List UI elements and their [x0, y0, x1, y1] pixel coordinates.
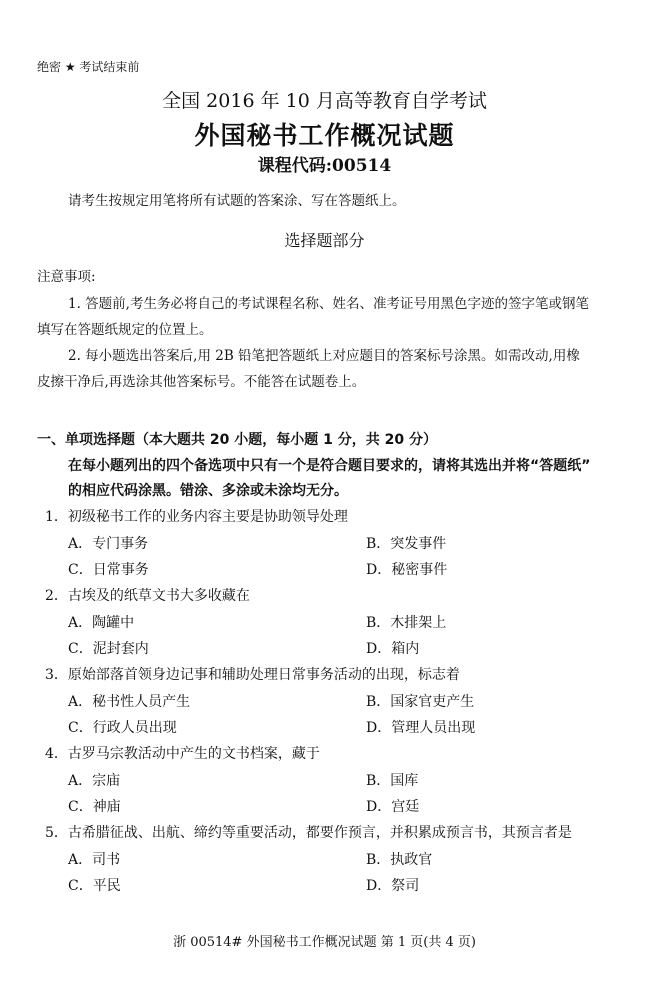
- option-c: C．平民: [68, 875, 121, 895]
- part-one-description: 在每小题列出的四个备选项中只有一个是符合题目要求的，请将其选出并将“答题纸”: [68, 455, 590, 475]
- question-stem: 5．古希腊征战、出航、缔约等重要活动，都要作预言，并积累成预言书，其预言者是: [45, 822, 572, 842]
- notice-line: 1. 答题前,考生务必将自己的考试课程名称、姓名、准考证号用黑色字迹的签字笔或钢…: [68, 292, 589, 312]
- question-stem: 2．古埃及的纸草文书大多收藏在: [45, 585, 250, 605]
- section-heading: 选择题部分: [0, 228, 649, 251]
- question-stem: 4．古罗马宗教活动中产生的文书档案，藏于: [45, 743, 320, 763]
- option-a: A．陶罐中: [68, 612, 134, 632]
- option-d: D．宫廷: [366, 796, 419, 816]
- option-b: B．国家官吏产生: [366, 691, 474, 711]
- option-a: A．宗庙: [68, 770, 120, 790]
- notice-line: 2. 每小题选出答案后,用 2B 铅笔把答题纸上对应题目的答案标号涂黑。如需改动…: [68, 344, 580, 364]
- notice-line: 皮擦干净后,再选涂其他答案标号。不能答在试题卷上。: [37, 370, 365, 390]
- part-one-description: 的相应代码涂黑。错涂、多涂或未涂均无分。: [68, 480, 348, 500]
- option-c: C．行政人员出现: [68, 717, 177, 737]
- option-c: C．日常事务: [68, 559, 149, 579]
- notice-line: 填写在答题纸规定的位置上。: [37, 318, 213, 338]
- question-stem: 3．原始部落首领身边记事和辅助处理日常事务活动的出现，标志着: [45, 664, 460, 684]
- notice-label: 注意事项:: [37, 265, 96, 285]
- option-b: B．木排架上: [366, 612, 446, 632]
- course-code: 课程代码:00514: [0, 151, 649, 176]
- option-a: A．秘书性人员产生: [68, 691, 190, 711]
- option-a: A．司书: [68, 849, 120, 869]
- option-b: B．执政官: [366, 849, 432, 869]
- option-c: C．神庙: [68, 796, 121, 816]
- option-d: D．箱内: [366, 638, 419, 658]
- option-b: B．国库: [366, 770, 418, 790]
- option-d: D．管理人员出现: [366, 717, 475, 737]
- question-stem: 1．初级秘书工作的业务内容主要是协助领导处理: [45, 506, 348, 526]
- part-one-title: 一、单项选择题（本大题共 20 小题，每小题 1 分，共 20 分）: [37, 429, 437, 449]
- answer-instruction: 请考生按规定用笔将所有试题的答案涂、写在答题纸上。: [68, 189, 406, 209]
- confidential-label: 绝密 ★ 考试结束前: [37, 58, 139, 75]
- option-a: A．专门事务: [68, 533, 148, 553]
- page-footer: 浙 00514# 外国秘书工作概况试题 第 1 页(共 4 页): [0, 931, 649, 950]
- option-d: D．祭司: [366, 875, 419, 895]
- exam-title: 全国 2016 年 10 月高等教育自学考试: [0, 86, 649, 113]
- option-c: C．泥封套内: [68, 638, 149, 658]
- option-d: D．秘密事件: [366, 559, 447, 579]
- option-b: B．突发事件: [366, 533, 446, 553]
- paper-title: 外国秘书工作概况试题: [0, 116, 649, 152]
